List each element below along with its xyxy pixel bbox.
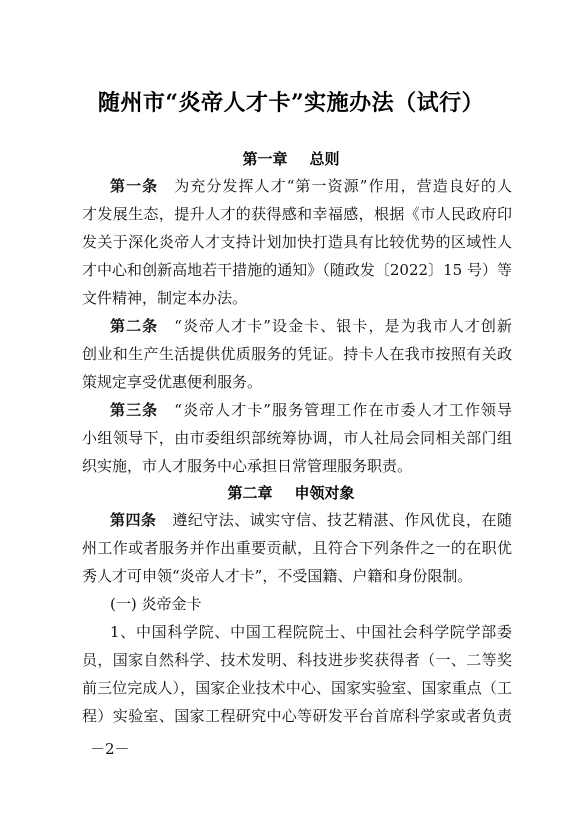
article-2-line-1: 第二条“炎帝人才卡”设金卡、银卡，是为我市人才创新 — [110, 316, 512, 336]
section-heading-gold-card: (一) 炎帝金卡 — [110, 594, 512, 614]
document-title: 随州市“炎帝人才卡”实施办法（试行） — [0, 86, 582, 117]
article-1-line-1: 第一条为充分发挥人才“第一资源”作用，营造良好的人 — [110, 176, 512, 196]
article-label: 第一条 — [110, 177, 158, 195]
chapter-heading-1: 第一章总则 — [0, 148, 582, 169]
article-1-line-3: 发关于深化炎帝人才支持计划加快打造具有比较优势的区域性人 — [82, 232, 512, 252]
article-4-line-2: 州工作或者服务并作出重要贡献，且符合下列条件之一的在职优 — [82, 538, 512, 558]
article-3-line-1: 第三条“炎帝人才卡”服务管理工作在市委人才工作领导 — [110, 400, 512, 420]
article-label: 第二条 — [110, 317, 158, 335]
article-text: 为充分发挥人才“第一资源”作用，营造良好的人 — [174, 177, 512, 195]
chapter-name: 总则 — [310, 150, 340, 168]
item-1-line-2: 员，国家自然科学、技术发明、科技进步奖获得者（一、二等奖 — [82, 650, 512, 670]
article-1-line-5: 文件精神，制定本办法。 — [82, 288, 512, 308]
chapter-label: 第一章 — [242, 150, 287, 168]
article-text: “炎帝人才卡”服务管理工作在市委人才工作领导 — [174, 401, 512, 419]
article-1-line-2: 才发展生态，提升人才的获得感和幸福感，根据《市人民政府印 — [82, 204, 512, 224]
article-1-line-4: 才中心和创新高地若干措施的通知》（随政发〔2022〕15 号）等 — [82, 260, 512, 280]
article-label: 第三条 — [110, 401, 158, 419]
article-3-line-3: 织实施，市人才服务中心承担日常管理服务职责。 — [82, 456, 512, 476]
item-1-line-4: 程）实验室、国家工程研究中心等研发平台首席科学家或者负责 — [82, 706, 512, 726]
item-1-line-3: 前三位完成人），国家企业技术中心、国家实验室、国家重点（工 — [82, 678, 512, 698]
article-4-line-3: 秀人才可申领“炎帝人才卡”，不受国籍、户籍和身份限制。 — [82, 566, 512, 586]
item-1-line-1: 1、中国科学院、中国工程院院士、中国社会科学院学部委 — [110, 622, 512, 642]
chapter-heading-2: 第二章申领对象 — [0, 482, 582, 503]
chapter-name: 申领对象 — [295, 484, 355, 502]
page-number: －2－ — [90, 738, 130, 759]
article-text: 遵纪守法、诚实守信、技艺精湛、作风优良，在随 — [172, 511, 512, 529]
article-2-line-3: 策规定享受优惠便利服务。 — [82, 372, 512, 392]
chapter-label: 第二章 — [227, 484, 272, 502]
article-label: 第四条 — [110, 511, 156, 529]
article-3-line-2: 小组领导下，由市委组织部统筹协调，市人社局会同相关部门组 — [82, 428, 512, 448]
article-2-line-2: 创业和生产生活提供优质服务的凭证。持卡人在我市按照有关政 — [82, 344, 512, 364]
article-text: “炎帝人才卡”设金卡、银卡，是为我市人才创新 — [174, 317, 512, 335]
article-4-line-1: 第四条遵纪守法、诚实守信、技艺精湛、作风优良，在随 — [110, 510, 512, 530]
document-page: 随州市“炎帝人才卡”实施办法（试行） 第一章总则 第一条为充分发挥人才“第一资源… — [0, 0, 582, 826]
